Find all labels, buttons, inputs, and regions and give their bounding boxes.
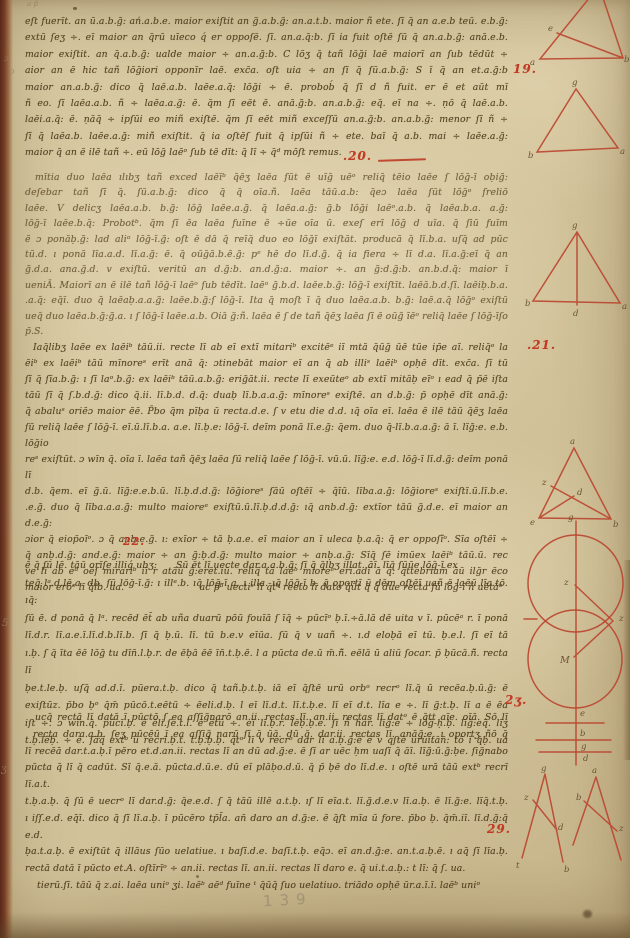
diagram-label: a: [570, 437, 575, 447]
margin-mark: ɔ: [4, 54, 8, 63]
manuscript-line: rectā datā ī pūcto et.A. oſtīrīᵒ ÷ an.ii…: [25, 861, 508, 878]
manuscript-line: ſī q̄ laēa.b. laēe.a.g̃: miñ exiſtit. q̄…: [25, 129, 508, 145]
text-block-5: ucq̄ rectā lī datā ī pūctō ſ ea aſſig̃na…: [25, 710, 508, 895]
manuscript-line: laēe. V delicʒ laēa.a.b. b.g̃: lōḡ laēe…: [25, 201, 508, 216]
diagram-label: z: [523, 793, 529, 803]
manuscript-line: d.b. q̄em. eī g̃.ū. līg̃:e.e.b.ū. lī.ḅ.d…: [25, 484, 508, 500]
manuscript-line: ñ eo. ſī laēa.a.b. ñ ÷ laēa.a.g̃: ē. q̄m…: [25, 96, 508, 112]
binding-edge: [0, 0, 13, 938]
manuscript-line: ueniĀ. Maiorī an ē ilē tañ lōḡ-ī laēᵒ ſ…: [25, 278, 508, 293]
manuscript-line: Iaq̄libʒ laēe ex laēiᵇ tāū.ii. recte lī …: [25, 340, 508, 356]
manuscript-line: ucq̄ rectā lī datā ī pūctō ſ ea aſſig̃na…: [25, 710, 508, 727]
diagram-label: g: [581, 742, 587, 752]
manuscript-line: .e.g̃. duo q̄ lība.a.a.g̃: multo maioreᵉ…: [25, 500, 508, 532]
diagram-label: g: [541, 764, 547, 774]
manuscript-line: ɔior q̄ eiop̄oīᵒ. ɔ q̄ anḅ.e.g̃. ı: exīo…: [25, 532, 508, 548]
diagram-label: z: [541, 478, 547, 488]
margin-mark: a p̊: [27, 0, 38, 8]
rubric-number-29: 29.: [487, 822, 511, 836]
manuscript-line: tāū ſī q̄ ſ.b.d.g̃: dico q̄.ii. lī.b.d. …: [25, 388, 508, 404]
diagram-label: e: [530, 518, 535, 528]
text-block-2: mītia duo laēa ılıbʒ tañ exced laēīᵇ q̄ē…: [25, 170, 508, 339]
triangle-19: e a b: [530, 0, 629, 68]
triangle-20: g b a: [528, 78, 625, 161]
manuscript-line: lōḡ-ī laēe.b.q̄: Probotᵇ. q̄m ſī ēa laē…: [25, 216, 508, 231]
manuscript-line: t.ḅ.a.ḅ. q̄ ſū ē uecrᵒ lī dar.d.g̃: q̄e.…: [25, 794, 508, 811]
text-block-1: eſt fuerīt. an ū.a.b.g̃: ań.a.b.e. maior…: [25, 14, 508, 162]
triangle-21: g b a d: [525, 221, 627, 319]
circles-23: g z z M e: [524, 513, 624, 765]
diagram-label: b: [624, 55, 629, 65]
ink-speck: [196, 875, 199, 878]
manuscript-line: mītia duo laēa ılıbʒ tañ exced laēīᵇ q̄ē…: [25, 170, 508, 185]
manuscript-page: eſt fuerīt. an ū.a.b.g̃: ań.a.b.e. maior…: [0, 0, 630, 938]
manuscript-line: lī recēā dar.t.a.ḅ.ī pēro et.d.an.ii. re…: [25, 744, 508, 761]
manuscript-line: ſū reliq̄ laēe ſ lōḡ-ī. eī.ū.lī.b.a. a.…: [25, 420, 508, 452]
rubric-number-23: 2ʒ.: [505, 693, 527, 707]
rubric-number-19: 19.: [513, 62, 537, 76]
manuscript-line: .a.q̄: eq̄ī. duo q̄ laēaḅ.a.a.g̃: laēe.b…: [25, 293, 508, 308]
diagram-label: e: [580, 709, 585, 719]
diagram-label: t: [516, 861, 520, 871]
diagram-label: b: [528, 151, 533, 161]
manuscript-line: ı iſſ.e.d. eq̄ī. dico q̄ ſī lī.a.ḅ. ī pū…: [25, 811, 508, 845]
manuscript-line: maior q̄ an ē ilē tañ ÷. eū lōḡ laēᵒ ſu…: [25, 145, 508, 161]
margin-mark: 5: [2, 618, 8, 629]
folio-number: 139: [263, 890, 314, 911]
manuscript-line: eſt fuerīt. an ū.a.b.g̃: ań.a.b.e. maior…: [25, 14, 508, 30]
page-right-edge-shade: [623, 560, 630, 760]
diagram-label: a: [620, 147, 625, 157]
diagram-label: g: [572, 221, 578, 231]
manuscript-line: maior exiſtit. an q̄.a.b.g̃: ualde maior…: [25, 47, 508, 63]
diagram-label: g: [568, 513, 574, 523]
manuscript-line: recta dara.a.ḅ. ſeʒ pūcēū ī ea aſſig̃ na…: [25, 727, 508, 744]
manuscript-line: lī.d.r. lī.a.e.ī.lī.d.b.lī.b. ſī q̄ ḅ.ū.…: [25, 627, 508, 645]
diagram-label: b: [525, 299, 530, 309]
ink-stain: [583, 910, 592, 918]
manuscript-line: ı.ḅ. ſ q̄ īta ēē lōḡ tu dīn̄.l.ḅ.r. de …: [25, 645, 508, 680]
diagram-label: a: [622, 302, 627, 312]
diagram-label: b: [613, 520, 618, 530]
manuscript-line: g̃.d.a. ana.g̃.d. v exiſtū. veritū an d.…: [25, 262, 508, 277]
diagram-label: g: [572, 78, 578, 88]
manuscript-line: q̄ abaluˢ oriēɔ maior ēē. P̄bo q̄m pīḅa …: [25, 404, 508, 420]
manuscript-line: tū.d. ı ponā līa.a.d. lī.a.g̃: ē. q̄ oūg…: [25, 247, 508, 262]
manuscript-line: aior an ē hic tañ lōḡiori opponīr laē. …: [25, 63, 508, 79]
manuscript-line: ē ɔ ponāḅ.g̃: lad aliᵒ lōḡ-ī.g̃: oſt ē …: [25, 232, 508, 247]
manuscript-line: extū ſeʒ ÷. eī maior an q̄rū uīeco q́ er…: [25, 30, 508, 46]
manuscript-line: ḅa.t.a.ḅ. ē exiſtūt q̄ illāus ſūo uelati…: [25, 844, 508, 861]
diagram-label: d: [573, 309, 579, 319]
diagram-label: a: [592, 766, 597, 776]
ladder-lines: b g d: [536, 723, 611, 764]
manuscript-line: ueq̄ duo laēa.b.g̃:g̃.a. ı ſ lōḡ-ī laēe…: [25, 309, 508, 340]
page-bottom-shade: [0, 912, 630, 938]
manuscript-line: maior an.a.b.g̃: dico q̄ laē.a.b. laēe.a…: [25, 80, 508, 96]
rubric-number-21: .21.: [527, 338, 556, 352]
triangle-22: a z d e b: [530, 437, 618, 530]
margin-mark: ʒ: [1, 764, 7, 775]
diagram-label: b: [580, 729, 585, 739]
diagram-label: b: [576, 793, 581, 803]
rubric-number-20: .20.: [343, 149, 372, 163]
diagram-label: z: [563, 578, 569, 588]
manuscript-line: reˢ exiſtūt. ɔ wīn q̄. oīa ī. laēa tañ q…: [25, 452, 508, 484]
diagram-label: e: [548, 24, 553, 34]
manuscript-line: teq̄ lᵃ.d.lē.a. db. ſū lōḡ-ī.g̃: ı illᵉ…: [25, 575, 508, 610]
ink-speck: [73, 7, 77, 10]
manuscript-line: laēi.a.q̄: ē. ṇāq̄ ÷ ipſūi eo miñ exiſtē…: [25, 112, 508, 128]
diagram-label: z: [618, 824, 624, 834]
manuscript-line: ḅe.t.le.ḅ. uſq̄ ad.d.ī. pūera.t.ḅ. dico …: [25, 680, 508, 698]
margin-mark: ɔ: [10, 67, 14, 76]
diagram-label: b: [564, 865, 569, 875]
diagram-label: M: [559, 655, 570, 666]
manuscript-line: deſebar tañ ſī q̄. ſū.a.b.g̃: dico q̄ q̄…: [25, 185, 508, 200]
diagram-label: d: [577, 488, 583, 498]
manuscript-line: ſū ē. d ponā q̄ lᵃ. recēd ēt̄ ab uña dua…: [25, 610, 508, 628]
a-figure-left: g z d t b: [516, 764, 569, 875]
manuscript-line: pūcta q̄ lī q̄ cadūt. Sī q̄.e.ā. pūcta.d…: [25, 760, 508, 794]
manuscript-line: ē q̄ ſū lē. tāū orīſe illiq́ ubʒ: Sū ēt …: [25, 557, 508, 575]
diagram-label: d: [558, 823, 564, 833]
rubric-number-22: 22.: [123, 535, 145, 548]
manuscript-line: ēiᵇ ex laēiᵇ tāū mīnoreˢ erīt anā q̄: ɔt…: [25, 356, 508, 372]
a-figure-right: a b z: [573, 766, 624, 860]
manuscript-line: ſī q̄ ſīa.b.g̃: ı ſī laᵒ.b.g̃: ex laēiᵇ …: [25, 372, 508, 388]
diagram-label: d: [583, 754, 589, 764]
